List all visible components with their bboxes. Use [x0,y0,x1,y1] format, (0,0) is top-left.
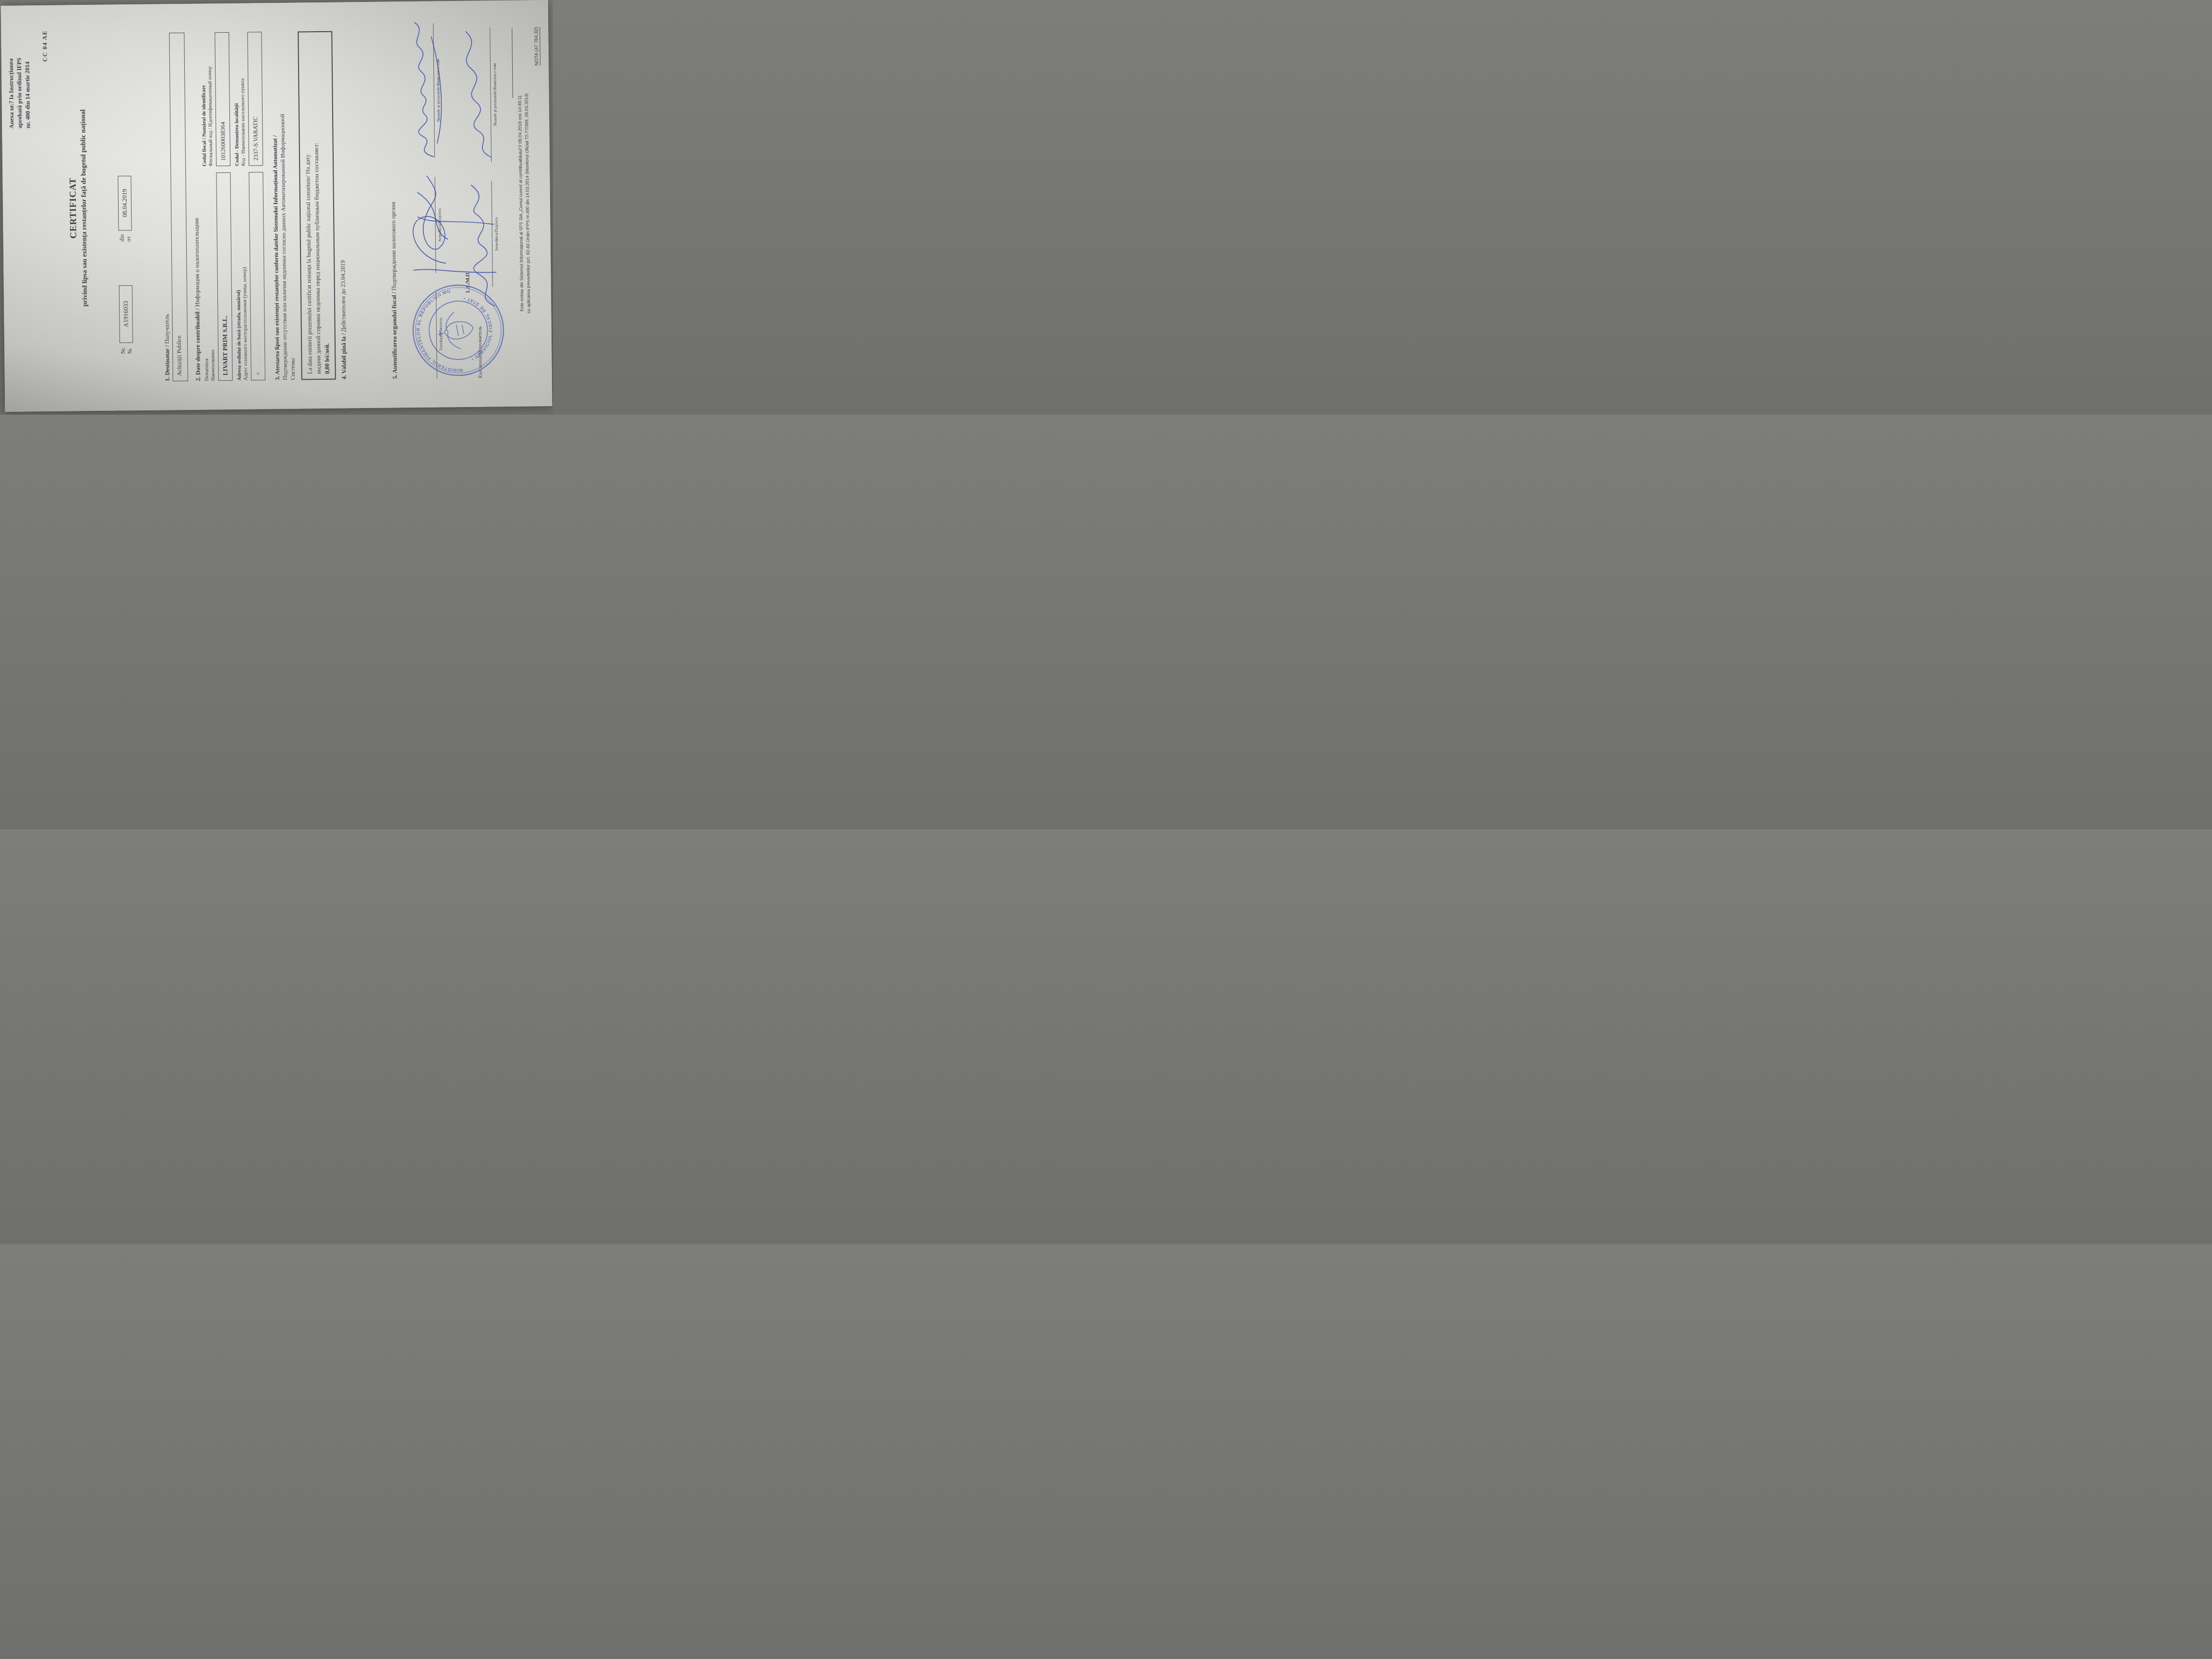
cod-fiscal-value-box: 1012600038364 [215,32,230,166]
executor-signature [471,185,495,306]
chief-name-signature [431,36,442,143]
denumirea-value-box: LIVART PRIM S.R.L. [216,172,233,381]
localitate-value: 2337-S.VARATIC [252,117,260,166]
certificate-subtitle: privind lipsa sau existența restanțelor … [79,5,91,411]
section1-heading: 1. Destinatar / Получатель [163,314,171,381]
certificate-title: CERTIFICAT [66,5,81,411]
section5-heading: 5. Autentificarea organului fiscal / Под… [390,202,399,379]
din-label: din от [119,234,132,242]
footer-rule [512,28,513,98]
signature-flourish [418,192,448,240]
form-code: CC 04 AE [41,30,49,62]
executor-signature [413,269,496,274]
section4-validity: 4. Valabil pînă la / Действителен до 23.… [339,260,348,380]
localitate-label-cell: Codul - Denumirea localității Код - Наим… [233,32,247,166]
handwritten-signatures [397,18,511,384]
annex-line: nr. 400 din 14 martie 2014 [23,24,32,128]
nr-value-box: A1916033 [119,285,133,343]
nota-line: NOTA (47 764,32) [534,27,541,66]
localitate-value-box: 2337-S.VARATIC [247,32,263,166]
adresa-value: < [254,372,262,380]
signature-flourish [412,176,445,264]
certificate-document: Anexa nr.7 la Instrucțiunea aprobată pri… [1,0,553,412]
annex-note: Anexa nr.7 la Instrucțiunea aprobată pri… [7,24,32,129]
adresa-value-box: < [249,172,265,380]
adresa-label-cell: Adresa sediului de bază (strada, numărul… [234,173,249,381]
nr-label: Nr. № [120,347,133,354]
chief-name-signature [415,23,433,157]
executor-name-signature [466,31,491,157]
section3-paragraph: 3. Atestarea lipsei sau existenței resta… [270,24,297,380]
destinatar-value-box: Achiziții Publice [169,33,188,381]
denumirea-label-cell: Denumirea Наименование [202,173,216,381]
valid-until-date: 23.04.2019 [339,260,347,287]
destinatar-value: Achiziții Publice [176,336,183,376]
arrears-statement-box: La data emiterii prezentului certificat … [298,31,336,380]
taxpayer-name: LIVART PRIM S.R.L. [221,316,229,381]
certificate-number-field: Nr. № A1916033 [119,285,133,354]
certificate-date-field: din от 08.04.2019 [118,176,132,242]
fiscal-code: 1012600038364 [219,122,227,166]
section2-heading: 2. Date despre contribuabil / Информация… [193,217,202,381]
photo-background: Anexa nr.7 la Instrucțiunea aprobată pri… [0,0,553,415]
din-value-box: 08.04.2019 [118,176,132,230]
cod-fiscal-label-cell: Codul fiscal / Numărul de identificare Ф… [200,32,214,166]
